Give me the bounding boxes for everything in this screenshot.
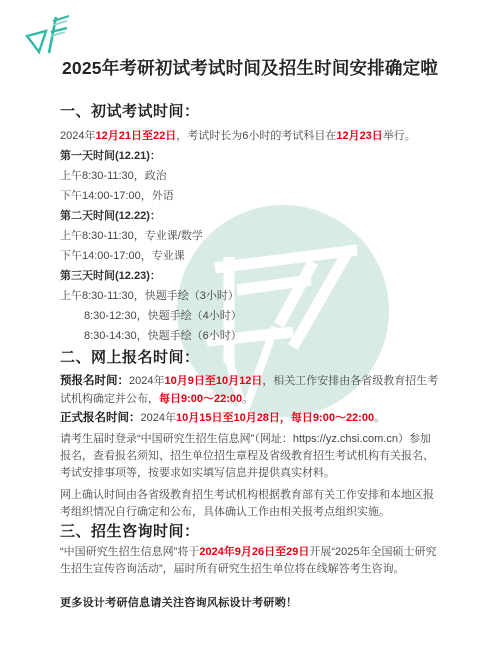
formal-registration-label: 正式报名时间： [60, 412, 141, 424]
online-confirmation-paragraph: 网上确认时间由各省级教育招生考试机构根据教育部有关工作安排和本地区报考组织情况自… [60, 487, 440, 521]
formal-registration-dates-highlight: 10月15日至10月28日，每日9:00～22:00 [176, 412, 374, 424]
day1-item: 下午14:00-17:00，外语 [60, 186, 440, 206]
day3-sub-item: 8:30-14:30，快题手绘（6小时） [60, 326, 440, 346]
text-run: 2024年 [129, 375, 164, 387]
text-run: “中国研究生招生信息网”将于 [60, 546, 199, 558]
section3-heading: 三、招生咨询时间： [60, 524, 440, 540]
pre-registration-line: 预报名时间：2024年10月9日至10月12日，相关工作安排由各省级教育招生考试… [60, 372, 440, 408]
day2-label: 第二天时间(12.22)： [60, 206, 440, 226]
consultation-dates-highlight: 2024年9月26日至29日 [199, 546, 309, 558]
pre-registration-hours-highlight: 每日9:00～22:00 [159, 393, 242, 405]
day2-item: 下午14:00-17:00，专业课 [60, 246, 440, 266]
brand-logo [20, 10, 70, 62]
footer-note: 更多设计考研信息请关注咨询风标设计考研哟！ [60, 596, 440, 610]
exam-date3-highlight: 12月23日 [336, 130, 382, 142]
text-run: 2024年 [141, 412, 176, 424]
document-body: 2025年考研初试考试时间及招生时间安排确定啦 一、初试考试时间： 2024年1… [0, 0, 500, 610]
day3-label: 第三天时间(12.23)： [60, 266, 440, 286]
day1-item: 上午8:30-11:30，政治 [60, 166, 440, 186]
consultation-paragraph: “中国研究生招生信息网”将于2024年9月26日至29日开展“2025年全国硕士… [60, 544, 440, 578]
text-run: 。 [374, 412, 385, 424]
day1-label: 第一天时间(12.21)： [60, 146, 440, 166]
text-run: 举行。 [383, 130, 416, 142]
exam-dates-highlight: 12月21日至22日 [95, 130, 176, 142]
section1-heading: 一、初试考试时间： [60, 104, 440, 120]
login-instructions-paragraph: 请考生届时登录“中国研究生招生信息网”（网址：https://yz.chsi.c… [60, 431, 440, 482]
day3-sub-item: 8:30-12:30，快题手绘（4小时） [60, 306, 440, 326]
text-run: 。 [242, 393, 253, 405]
section2-heading: 二、网上报名时间： [60, 350, 440, 366]
day3-item: 上午8:30-11:30，快题手绘（3小时） [60, 286, 440, 306]
text-run: ，考试时长为6小时的考试科目在 [176, 130, 336, 142]
formal-registration-line: 正式报名时间：2024年10月15日至10月28日，每日9:00～22:00。 [60, 409, 440, 427]
pre-registration-label: 预报名时间： [60, 375, 129, 387]
pre-registration-dates-highlight: 10月9日至10月12日 [164, 375, 262, 387]
page-title: 2025年考研初试考试时间及招生时间安排确定啦 [60, 0, 440, 80]
text-run: 2024年 [60, 130, 95, 142]
exam-date-line: 2024年12月21日至22日，考试时长为6小时的考试科目在12月23日举行。 [60, 126, 440, 146]
fb-monogram-icon [20, 10, 70, 62]
day2-item: 上午8:30-11:30，专业课/数学 [60, 226, 440, 246]
